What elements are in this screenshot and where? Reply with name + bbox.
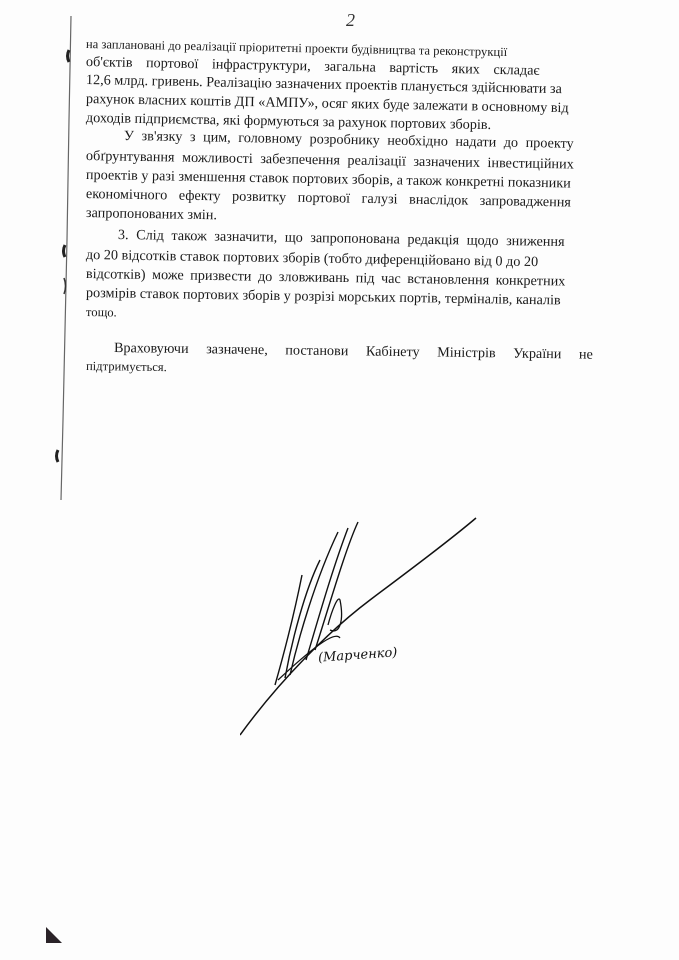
text-line: Враховуючи зазначене, постанови Кабінету… bbox=[114, 340, 593, 363]
text-line: У зв'язку з цим, головному розробнику не… bbox=[124, 128, 574, 152]
document-page: 2 на заплановані до реалізації пріоритет… bbox=[0, 0, 679, 960]
handwritten-signature bbox=[240, 500, 500, 740]
corner-mark bbox=[46, 927, 62, 943]
text-line: розмірів ставок портових зборів у розріз… bbox=[86, 285, 561, 308]
page-number: 2 bbox=[346, 10, 355, 31]
text-line: тощо. bbox=[86, 304, 117, 320]
text-line: 3. Слід також зазначити, що запропонован… bbox=[118, 227, 565, 250]
text-line: підтримується. bbox=[86, 358, 167, 375]
text-line: запропонованих змін. bbox=[86, 205, 217, 223]
